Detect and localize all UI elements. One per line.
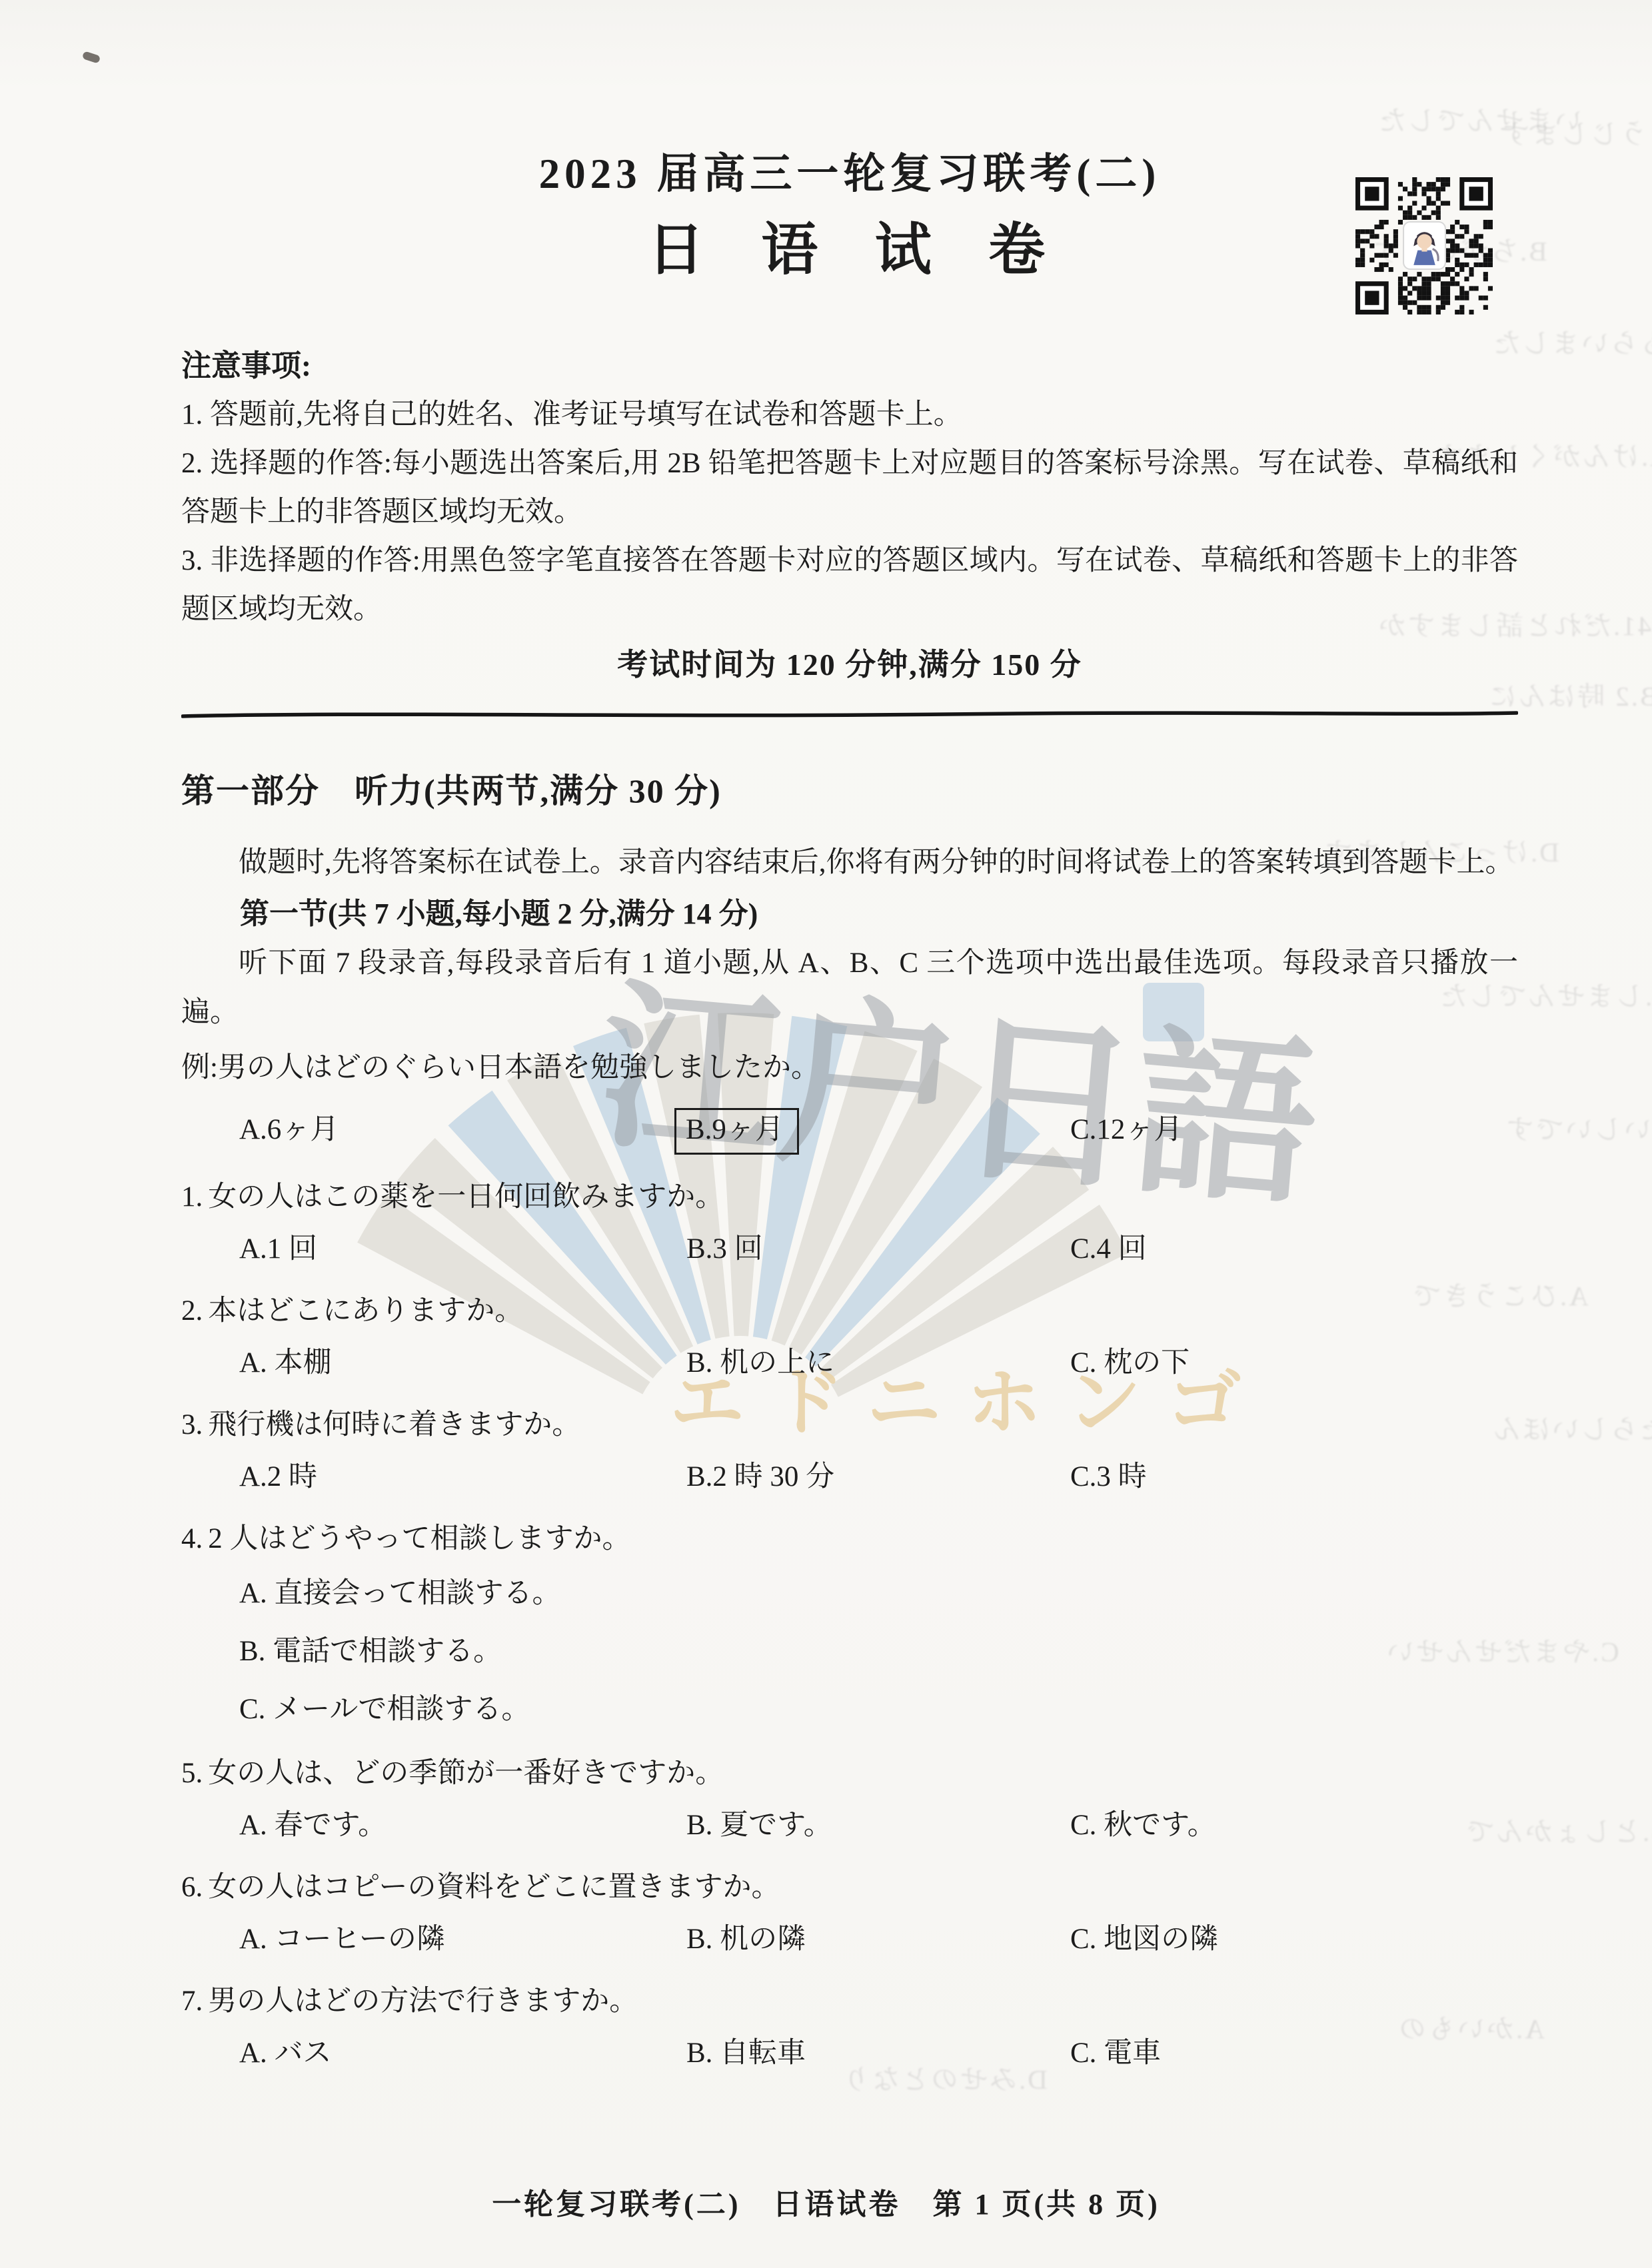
question-block: 1.女の人はこの薬を一日何回飲みますか。 A.1 回B.3 回C.4 回	[181, 1171, 1518, 1276]
option: C. 地図の隣	[1070, 1913, 1518, 1966]
options: A.2 時B.2 時 30 分C.3 時	[181, 1450, 1518, 1504]
question-number: 5.	[181, 1758, 203, 1789]
question-block: 2.本はどこにありますか。 A. 本棚B. 机の上にC. 枕の下	[181, 1285, 1518, 1390]
option: B. 夏です。	[686, 1799, 1070, 1852]
question-text: 女の人はこの薬を一日何回飲みますか。	[208, 1181, 724, 1213]
options: A. 本棚B. 机の上にC. 枕の下	[181, 1337, 1518, 1390]
options: A.1 回B.3 回C.4 回	[181, 1223, 1518, 1276]
exam-duration-line: 考试时间为 120 分钟,满分 150 分	[181, 639, 1518, 691]
question-text: 女の人は、どの季節が一番好きですか。	[208, 1758, 724, 1789]
notice-item-3: 3. 非选择题的作答:用黑色签字笔直接答在答题卡对应的答题区域内。写在试卷、草稿…	[181, 536, 1518, 634]
question-block: 5.女の人は、どの季節が一番好きですか。 A. 春です。B. 夏です。C. 秋で…	[181, 1748, 1518, 1852]
section-divider-line	[181, 710, 1518, 720]
question-block: 6.女の人はコピーの資料をどこに置きますか。 A. コーヒーの隣B. 机の隣C.…	[181, 1862, 1518, 1966]
option: C.4 回	[1070, 1223, 1518, 1276]
question-number: 2.	[181, 1295, 203, 1327]
section1-heading: 第一节(共 7 小题,每小题 2 分,满分 14 分)	[181, 889, 1518, 939]
question-block: 4.2 人はどうやって相談しますか。 A. 直接会って相談する。B. 電話で相談…	[181, 1513, 1518, 1738]
option: C. 枕の下	[1070, 1337, 1518, 1390]
option: A. バス	[239, 2027, 686, 2080]
options: A. 春です。B. 夏です。C. 秋です。	[181, 1799, 1518, 1852]
page-header: 2023 届高三一轮复习联考(二) 日 语 试 卷	[181, 148, 1518, 284]
section1-intro: 听下面 7 段录音,每段录音后有 1 道小题,从 A、B、C 三个选项中选出最佳…	[181, 939, 1518, 1037]
option: C. 電車	[1070, 2027, 1518, 2080]
option: A.2 時	[239, 1450, 686, 1504]
question-number: 6.	[181, 1872, 203, 1903]
option: B. 机の上に	[686, 1337, 1070, 1390]
question-text: 2 人はどうやって相談しますか。	[208, 1523, 630, 1554]
options: A. 直接会って相談する。B. 電話で相談する。C. メールで相談する。	[181, 1564, 1518, 1738]
bleed-through-fragment: B.おいしいです	[1505, 1107, 1652, 1147]
option: B. 電話で相談する。	[239, 1622, 1518, 1680]
notice-heading: 注意事项:	[181, 342, 1518, 390]
example-option: C.12ヶ月	[1070, 1098, 1518, 1162]
option: B. 机の隣	[686, 1913, 1070, 1966]
question-block: 3.飛行機は何時に着きますか。 A.2 時B.2 時 30 分C.3 時	[181, 1399, 1518, 1504]
boxed-correct-answer: B.9ヶ月	[674, 1108, 799, 1155]
subject-title: 日 语 试 卷	[181, 217, 1518, 284]
part1-heading: 第一部分 听力(共两节,满分 30 分)	[181, 770, 1518, 813]
option: A.1 回	[239, 1223, 686, 1276]
option: B.2 時 30 分	[686, 1450, 1070, 1504]
question-text: 女の人はコピーの資料をどこに置きますか。	[208, 1872, 780, 1903]
question-number: 1.	[181, 1181, 203, 1213]
option: A. コーヒーの隣	[239, 1913, 686, 1966]
qr-center-mascot-icon	[1403, 222, 1445, 269]
exam-page: 江户日語 エドニホンゴ いませんでしたそうじしますB.ちがいますC.もらいました…	[0, 0, 1652, 2268]
option: C. 秋です。	[1070, 1799, 1518, 1852]
qr-code-icon	[1355, 177, 1493, 314]
question-number: 4.	[181, 1523, 203, 1554]
question-number: 7.	[181, 1985, 203, 2017]
options: A. コーヒーの隣B. 机の隣C. 地図の隣	[181, 1913, 1518, 1966]
example-options-row: A.6ヶ月B.9ヶ月C.12ヶ月	[181, 1098, 1518, 1162]
notice-section: 注意事项: 1. 答题前,先将自己的姓名、准考证号填写在试卷和答题卡上。 2. …	[181, 342, 1518, 634]
example-question: 例:男の人はどのぐらい日本語を勉強しましたか。	[181, 1043, 1518, 1093]
question-block: 7.男の人はどの方法で行きますか。 A. バスB. 自転車C. 電車	[181, 1976, 1518, 2080]
exam-title: 2023 届高三一轮复习联考(二)	[181, 148, 1518, 201]
option: B. 自転車	[686, 2027, 1070, 2080]
option: C. メールで相談する。	[239, 1680, 1518, 1738]
option: C.3 時	[1070, 1450, 1518, 1504]
question-number: 3.	[181, 1409, 203, 1440]
question-text: 本はどこにありますか。	[208, 1295, 523, 1327]
option: B.3 回	[686, 1223, 1070, 1276]
questions-list: 1.女の人はこの薬を一日何回飲みますか。 A.1 回B.3 回C.4 回 2.本…	[181, 1171, 1518, 2080]
part1-intro: 做题时,先将答案标在试卷上。录音内容结束后,你将有两分钟的时间将试卷上的答案转填…	[181, 838, 1518, 887]
example-option: B.9ヶ月	[686, 1098, 1070, 1162]
scan-corner-mark	[82, 51, 101, 63]
page-content: 2023 届高三一轮复习联考(二) 日 语 试 卷 注意事项: 1. 答题前,先…	[181, 0, 1518, 2080]
notice-item-2: 2. 选择题的作答:每小题选出答案后,用 2B 铅笔把答题卡上对应题目的答案标号…	[181, 439, 1518, 536]
footer-text: 一轮复习联考(二) 日语试卷 第 1 页(共 8 页)	[0, 2180, 1652, 2223]
question-text: 飛行機は何時に着きますか。	[208, 1409, 580, 1440]
option: A. 春です。	[239, 1799, 686, 1852]
option: A. 本棚	[239, 1337, 686, 1390]
notice-item-1: 1. 答题前,先将自己的姓名、准考证号填写在试卷和答题卡上。	[181, 390, 1518, 439]
options: A. バスB. 自転車C. 電車	[181, 2027, 1518, 2080]
bleed-through-fragment: そうじします	[1501, 112, 1652, 151]
option: A. 直接会って相談する。	[239, 1564, 1518, 1622]
question-text: 男の人はどの方法で行きますか。	[208, 1985, 638, 2017]
example-option: A.6ヶ月	[239, 1098, 686, 1162]
